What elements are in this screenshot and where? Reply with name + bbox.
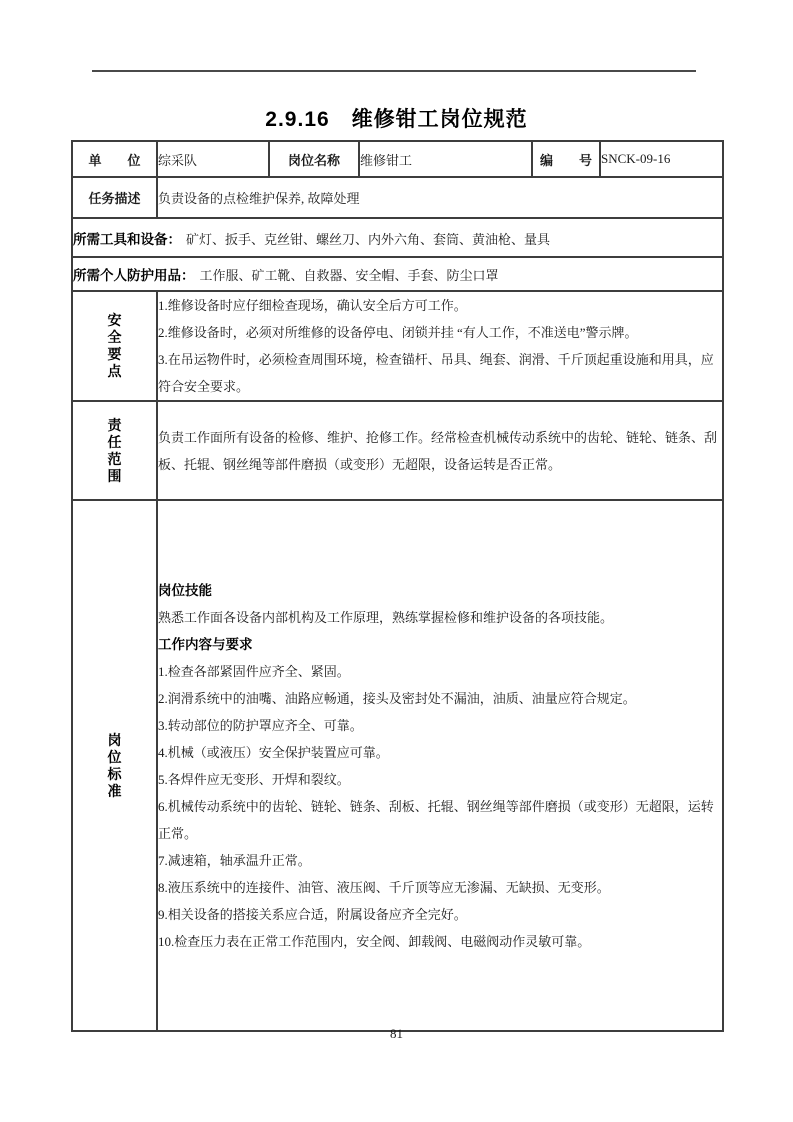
tools-label: 所需工具和设备： xyxy=(73,232,181,247)
standard-item: 8.液压系统中的连接件、油管、液压阀、千斤顶等应无渗漏、无缺损、无变形。 xyxy=(158,874,722,901)
standard-label-cell: 岗位标准 xyxy=(72,500,157,1031)
standard-label: 岗位标准 xyxy=(107,732,122,800)
safety-content: 1.维修设备时应仔细检查现场，确认安全后方可工作。 2.维修设备时，必须对所维修… xyxy=(157,291,723,401)
unit-value: 综采队 xyxy=(157,141,269,177)
requirements-heading: 工作内容与要求 xyxy=(158,631,722,658)
position-spec-table: 单 位 综采队 岗位名称 维修钳工 编 号 SNCK-09-16 任务描述 负责… xyxy=(71,140,724,1032)
tools-value: 矿灯、扳手、克丝钳、螺丝刀、内外六角、套筒、黄油枪、量具 xyxy=(186,232,550,247)
number-value: SNCK-09-16 xyxy=(600,141,723,177)
page-title: 2.9.16 维修钳工岗位规范 xyxy=(0,103,793,133)
skills-heading: 岗位技能 xyxy=(158,577,722,604)
standard-item: 9.相关设备的搭接关系应合适，附属设备应齐全完好。 xyxy=(158,901,722,928)
safety-item: 3.在吊运物件时，必须检查周围环境，检查锚杆、吊具、绳套、润滑、千斤顶起重设施和… xyxy=(158,346,722,400)
safety-label-cell: 安全要点 xyxy=(72,291,157,401)
responsibility-text: 负责工作面所有设备的检修、维护、抢修工作。经常检查机械传动系统中的齿轮、链轮、链… xyxy=(158,424,722,478)
ppe-row: 所需个人防护用品：工作服、矿工靴、自救器、安全帽、手套、防尘口罩 xyxy=(72,257,723,291)
ppe-value: 工作服、矿工靴、自救器、安全帽、手套、防尘口罩 xyxy=(200,268,499,283)
standard-item: 3.转动部位的防护罩应齐全、可靠。 xyxy=(158,712,722,739)
standard-item: 4.机械（或液压）安全保护装置应可靠。 xyxy=(158,739,722,766)
standard-item: 10.检查压力表在正常工作范围内，安全阀、卸载阀、电磁阀动作灵敏可靠。 xyxy=(158,928,722,955)
responsibility-content: 负责工作面所有设备的检修、维护、抢修工作。经常检查机械传动系统中的齿轮、链轮、链… xyxy=(157,401,723,500)
position-name-label: 岗位名称 xyxy=(269,141,359,177)
safety-item: 2.维修设备时，必须对所维修的设备停电、闭锁并挂 “有人工作，不准送电”警示牌。 xyxy=(158,319,722,346)
unit-label: 单 位 xyxy=(72,141,157,177)
responsibility-label-cell: 责任范围 xyxy=(72,401,157,500)
standard-item: 7.减速箱，轴承温升正常。 xyxy=(158,847,722,874)
ppe-label: 所需个人防护用品： xyxy=(73,268,195,283)
position-name-value: 维修钳工 xyxy=(359,141,532,177)
standard-item: 1.检查各部紧固件应齐全、紧固。 xyxy=(158,658,722,685)
standard-item: 5.各焊件应无变形、开焊和裂纹。 xyxy=(158,766,722,793)
tools-row: 所需工具和设备：矿灯、扳手、克丝钳、螺丝刀、内外六角、套筒、黄油枪、量具 xyxy=(72,218,723,257)
safety-item: 1.维修设备时应仔细检查现场，确认安全后方可工作。 xyxy=(158,292,722,319)
header-rule xyxy=(92,70,696,72)
safety-row: 安全要点 1.维修设备时应仔细检查现场，确认安全后方可工作。 2.维修设备时，必… xyxy=(72,291,723,401)
task-value: 负责设备的点检维护保养, 故障处理 xyxy=(157,177,723,218)
standard-item: 2.润滑系统中的油嘴、油路应畅通，接头及密封处不漏油，油质、油量应符合规定。 xyxy=(158,685,722,712)
responsibility-row: 责任范围 负责工作面所有设备的检修、维护、抢修工作。经常检查机械传动系统中的齿轮… xyxy=(72,401,723,500)
header-row: 单 位 综采队 岗位名称 维修钳工 编 号 SNCK-09-16 xyxy=(72,141,723,177)
task-label: 任务描述 xyxy=(72,177,157,218)
page-number: 81 xyxy=(0,1026,793,1042)
skills-text: 熟悉工作面各设备内部机构及工作原理，熟练掌握检修和维护设备的各项技能。 xyxy=(158,604,722,631)
standard-content: 岗位技能 熟悉工作面各设备内部机构及工作原理，熟练掌握检修和维护设备的各项技能。… xyxy=(157,500,723,1031)
tools-cell: 所需工具和设备：矿灯、扳手、克丝钳、螺丝刀、内外六角、套筒、黄油枪、量具 xyxy=(72,218,723,257)
safety-label: 安全要点 xyxy=(107,312,122,380)
responsibility-label: 责任范围 xyxy=(107,417,122,485)
standard-item: 6.机械传动系统中的齿轮、链轮、链条、刮板、托辊、钢丝绳等部件磨损（或变形）无超… xyxy=(158,793,722,847)
task-row: 任务描述 负责设备的点检维护保养, 故障处理 xyxy=(72,177,723,218)
standard-row: 岗位标准 岗位技能 熟悉工作面各设备内部机构及工作原理，熟练掌握检修和维护设备的… xyxy=(72,500,723,1031)
ppe-cell: 所需个人防护用品：工作服、矿工靴、自救器、安全帽、手套、防尘口罩 xyxy=(72,257,723,291)
document-page: 2.9.16 维修钳工岗位规范 单 位 综采队 岗位名称 维修钳工 编 号 SN… xyxy=(0,0,793,1122)
number-label: 编 号 xyxy=(532,141,600,177)
